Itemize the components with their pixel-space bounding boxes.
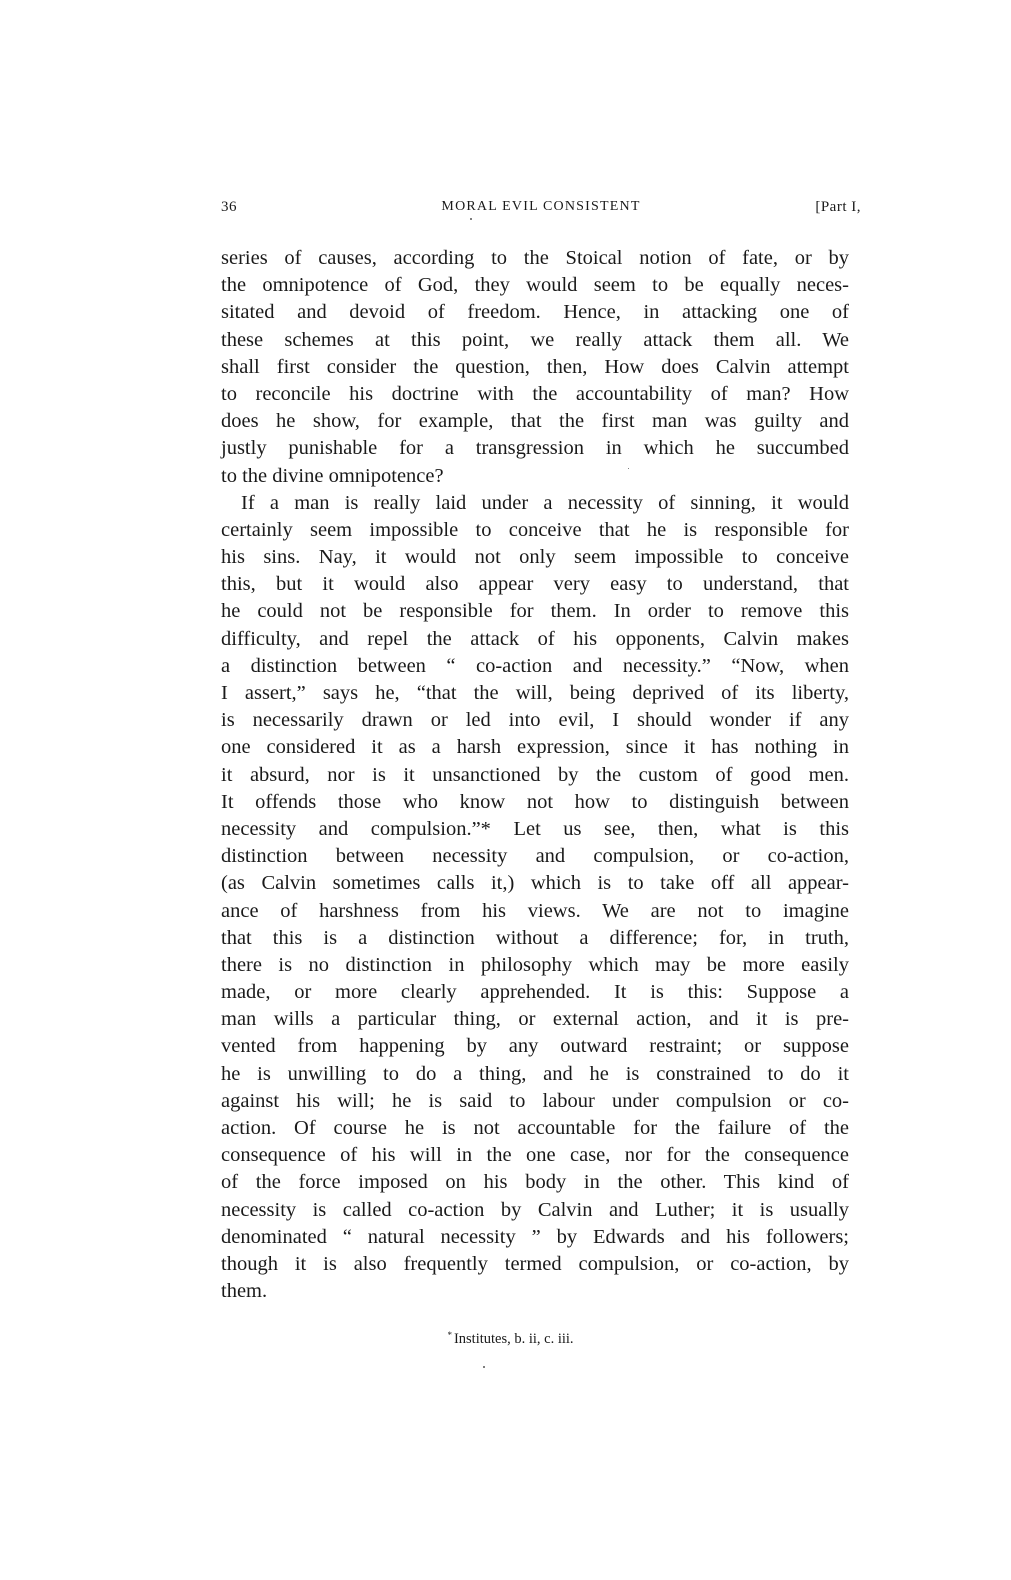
text-line: does he show, for example, that the firs… <box>221 408 849 435</box>
text-line: sitated and devoid of freedom. Hence, in… <box>221 299 849 326</box>
text-line: (as Calvin sometimes calls it,) which is… <box>221 870 849 897</box>
text-line: that this is a distinction without a dif… <box>221 925 849 952</box>
text-line: shall first consider the question, then,… <box>221 354 849 381</box>
paragraph-start-line: If a man is really laid under a necessit… <box>221 490 849 517</box>
text-line: certainly seem impossible to conceive th… <box>221 517 849 544</box>
text-line: this, but it would also appear very easy… <box>221 571 849 598</box>
text-line: difficulty, and repel the attack of his … <box>221 626 849 653</box>
text-line: made, or more clearly apprehended. It is… <box>221 979 849 1006</box>
text-line: is necessarily drawn or led into evil, I… <box>221 707 849 734</box>
footnote-text: Institutes, b. ii, c. iii. <box>454 1331 574 1347</box>
text-line: consequence of his will in the one case,… <box>221 1142 849 1169</box>
text-line: there is no distinction in philosophy wh… <box>221 952 849 979</box>
text-line: denominated “ natural necessity ” by Edw… <box>221 1224 849 1251</box>
footnote-mark: * <box>447 1330 452 1340</box>
text-line: against his will; he is said to labour u… <box>221 1088 849 1115</box>
paragraph-end-line: to the divine omnipotence? <box>221 463 849 490</box>
speck <box>470 218 472 220</box>
text-line: It offends those who know not how to dis… <box>221 789 849 816</box>
text-line: ance of harshness from his views. We are… <box>221 898 849 925</box>
text-line: man wills a particular thing, or externa… <box>221 1006 849 1033</box>
speck <box>483 1366 485 1368</box>
text-line: the omnipotence of God, they would seem … <box>221 272 849 299</box>
text-line: a distinction between “ co-action and ne… <box>221 653 849 680</box>
running-title: MORAL EVIL CONSISTENT <box>221 199 861 215</box>
body-text: series of causes, according to the Stoic… <box>221 245 849 1305</box>
text-line: distinction between necessity and compul… <box>221 843 849 870</box>
text-line: it absurd, nor is it unsanctioned by the… <box>221 762 849 789</box>
text-line: he is unwilling to do a thing, and he is… <box>221 1061 849 1088</box>
text-line: his sins. Nay, it would not only seem im… <box>221 544 849 571</box>
text-line: to reconcile his doctrine with the accou… <box>221 381 849 408</box>
text-line: one considered it as a harsh expression,… <box>221 734 849 761</box>
text-line: vented from happening by any outward res… <box>221 1033 849 1060</box>
paragraph-end-line: them. <box>221 1278 849 1305</box>
text-line: I assert,” says he, “that the will, bein… <box>221 680 849 707</box>
text-line: he could not be responsible for them. In… <box>221 598 849 625</box>
speck <box>628 468 629 469</box>
running-head: 36 MORAL EVIL CONSISTENT [Part I, <box>221 199 861 223</box>
text-line: action. Of course he is not accountable … <box>221 1115 849 1142</box>
text-line: justly punishable for a transgression in… <box>221 435 849 462</box>
text-line: series of causes, according to the Stoic… <box>221 245 849 272</box>
text-line: necessity and compulsion.”* Let us see, … <box>221 816 849 843</box>
text-line: though it is also frequently termed comp… <box>221 1251 849 1278</box>
text-line: these schemes at this point, we really a… <box>221 327 849 354</box>
book-page: 36 MORAL EVIL CONSISTENT [Part I, series… <box>0 0 1011 1580</box>
text-line: necessity is called co-action by Calvin … <box>221 1197 849 1224</box>
footnote: *Institutes, b. ii, c. iii. <box>0 1330 1011 1348</box>
text-line: of the force imposed on his body in the … <box>221 1169 849 1196</box>
part-label: [Part I, <box>815 199 861 216</box>
